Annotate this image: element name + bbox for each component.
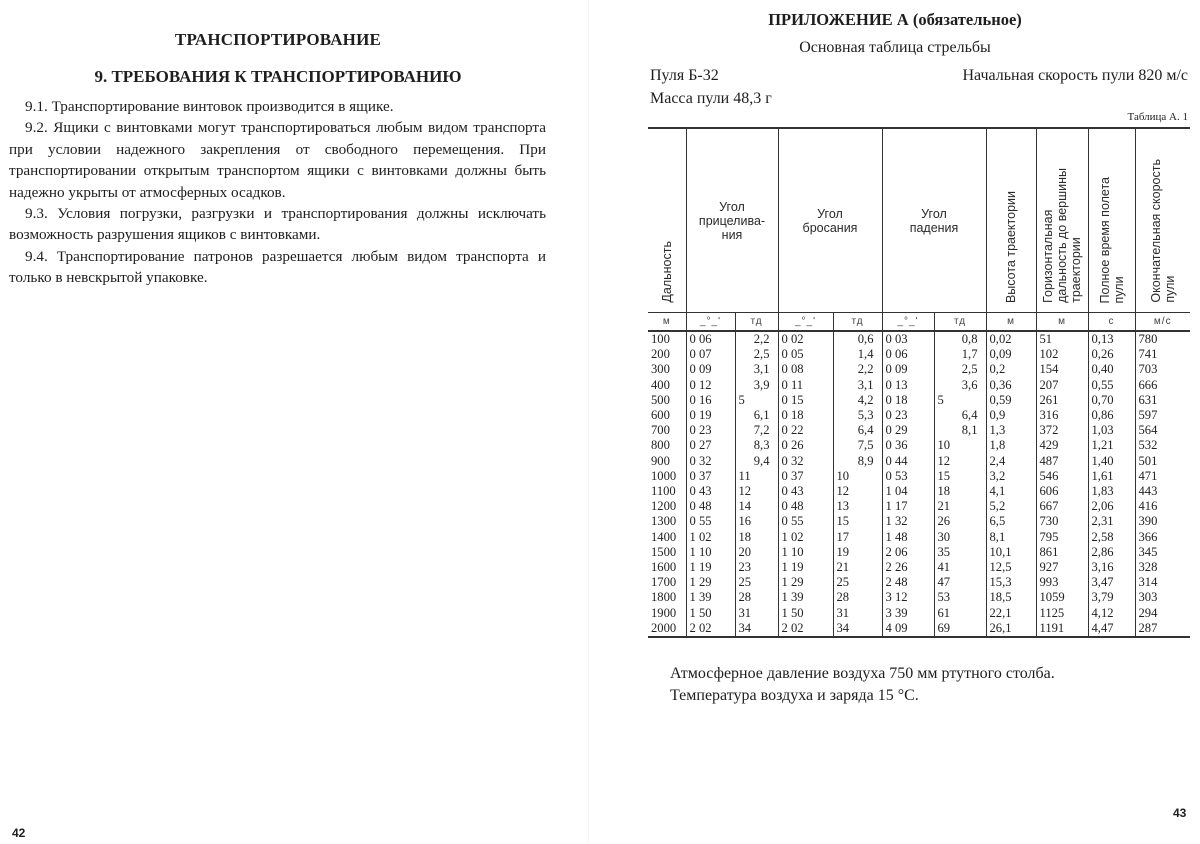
table-cell: 501 bbox=[1135, 454, 1190, 469]
table-cell: 564 bbox=[1135, 423, 1190, 438]
table-cell: 41 bbox=[934, 560, 986, 575]
header-final-speed: Окончательная скорость пули bbox=[1135, 128, 1190, 313]
unit-cell: _°_' bbox=[686, 313, 735, 332]
table-cell: 28 bbox=[735, 590, 778, 605]
table-cell: 11 bbox=[735, 469, 778, 484]
table-cell: 51 bbox=[1036, 331, 1088, 347]
table-cell: 18 bbox=[934, 484, 986, 499]
table-row: 17001 29251 29252 484715,39933,47314 bbox=[648, 575, 1190, 590]
table-cell: 345 bbox=[1135, 545, 1190, 560]
table-cell: 4,47 bbox=[1088, 621, 1135, 637]
table-cell: 1 19 bbox=[686, 560, 735, 575]
table-cell: 400 bbox=[648, 378, 686, 393]
table-cell: 15 bbox=[934, 469, 986, 484]
table-cell: 0,8 bbox=[934, 331, 986, 347]
table-cell: 0 44 bbox=[882, 454, 934, 469]
table-cell: 10,1 bbox=[986, 545, 1036, 560]
table-cell: 0 05 bbox=[778, 347, 833, 362]
table-cell: 0 12 bbox=[686, 378, 735, 393]
table-cell: 154 bbox=[1036, 362, 1088, 377]
table-row: 9000 329,40 328,90 44122,44871,40501 bbox=[648, 454, 1190, 469]
table-cell: 328 bbox=[1135, 560, 1190, 575]
table-row: 14001 02181 02171 48308,17952,58366 bbox=[648, 530, 1190, 545]
table-cell: 31 bbox=[833, 606, 882, 621]
header-aim-angle: Угол прицелива- ния bbox=[686, 128, 778, 313]
table-cell: 0 06 bbox=[686, 331, 735, 347]
table-cell: 26,1 bbox=[986, 621, 1036, 637]
table-cell: 8,9 bbox=[833, 454, 882, 469]
table-cell: 1,7 bbox=[934, 347, 986, 362]
table-cell: 1300 bbox=[648, 514, 686, 529]
table-cell: 0 32 bbox=[686, 454, 735, 469]
table-notes: Атмосферное давление воздуха 750 мм ртут… bbox=[670, 663, 1055, 707]
appendix-title: ПРИЛОЖЕНИЕ А (обязательное) bbox=[590, 10, 1200, 30]
table-cell: 861 bbox=[1036, 545, 1088, 560]
table-cell: 1059 bbox=[1036, 590, 1088, 605]
table-cell: 47 bbox=[934, 575, 986, 590]
table-row: 4000 123,90 113,10 133,60,362070,55666 bbox=[648, 378, 1190, 393]
table-cell: 19 bbox=[833, 545, 882, 560]
table-cell: 2000 bbox=[648, 621, 686, 637]
table-cell: 1,61 bbox=[1088, 469, 1135, 484]
table-cell: 6,5 bbox=[986, 514, 1036, 529]
table-cell: 61 bbox=[934, 606, 986, 621]
table-cell: 1900 bbox=[648, 606, 686, 621]
table-cell: 1 50 bbox=[778, 606, 833, 621]
table-cell: 597 bbox=[1135, 408, 1190, 423]
table-cell: 1,8 bbox=[986, 438, 1036, 453]
table-cell: 730 bbox=[1036, 514, 1088, 529]
table-cell: 390 bbox=[1135, 514, 1190, 529]
table-cell: 0 36 bbox=[882, 438, 934, 453]
paragraph-9-2: 9.2. Ящики с винтовками могут транспорти… bbox=[9, 117, 546, 203]
table-cell: 1400 bbox=[648, 530, 686, 545]
table-cell: 1000 bbox=[648, 469, 686, 484]
table-cell: 0,2 bbox=[986, 362, 1036, 377]
table-cell: 12 bbox=[934, 454, 986, 469]
table-cell: 10 bbox=[934, 438, 986, 453]
table-row: 15001 10201 10192 063510,18612,86345 bbox=[648, 545, 1190, 560]
table-cell: 0 23 bbox=[882, 408, 934, 423]
unit-cell: _°_' bbox=[778, 313, 833, 332]
table-row: 11000 43120 43121 04184,16061,83443 bbox=[648, 484, 1190, 499]
table-cell: 2 26 bbox=[882, 560, 934, 575]
table-cell: 0 16 bbox=[686, 393, 735, 408]
right-page: ПРИЛОЖЕНИЕ А (обязательное) Основная таб… bbox=[590, 0, 1200, 844]
table-cell: 2,06 bbox=[1088, 499, 1135, 514]
table-cell: 2,4 bbox=[986, 454, 1036, 469]
table-cell: 1 02 bbox=[686, 530, 735, 545]
table-cell: 443 bbox=[1135, 484, 1190, 499]
header-throw-angle: Угол бросания bbox=[778, 128, 882, 313]
table-row: 10000 37110 37100 53153,25461,61471 bbox=[648, 469, 1190, 484]
table-cell: 30 bbox=[934, 530, 986, 545]
paragraph-9-1: 9.1. Транспортирование винтовок производ… bbox=[9, 96, 546, 117]
table-cell: 1 04 bbox=[882, 484, 934, 499]
table-cell: 0 48 bbox=[778, 499, 833, 514]
table-cell: 23 bbox=[735, 560, 778, 575]
table-row: 12000 48140 48131 17215,26672,06416 bbox=[648, 499, 1190, 514]
table-row: 19001 50311 50313 396122,111254,12294 bbox=[648, 606, 1190, 621]
table-cell: 4,2 bbox=[833, 393, 882, 408]
section-heading: 9. ТРЕБОВАНИЯ К ТРАНСПОРТИРОВАНИЮ bbox=[0, 67, 556, 87]
table-cell: 0 15 bbox=[778, 393, 833, 408]
table-cell: 0 37 bbox=[778, 469, 833, 484]
table-cell: 3,6 bbox=[934, 378, 986, 393]
unit-cell: тд bbox=[934, 313, 986, 332]
table-cell: 0 02 bbox=[778, 331, 833, 347]
table-cell: 606 bbox=[1036, 484, 1088, 499]
table-cell: 2,5 bbox=[735, 347, 778, 362]
table-cell: 0 08 bbox=[778, 362, 833, 377]
table-cell: 34 bbox=[735, 621, 778, 637]
table-cell: 14 bbox=[735, 499, 778, 514]
table-cell: 703 bbox=[1135, 362, 1190, 377]
table-cell: 4 09 bbox=[882, 621, 934, 637]
table-cell: 1,03 bbox=[1088, 423, 1135, 438]
table-cell: 0 06 bbox=[882, 347, 934, 362]
table-cell: 25 bbox=[833, 575, 882, 590]
table-cell: 261 bbox=[1036, 393, 1088, 408]
header-fall-angle: Угол падения bbox=[882, 128, 986, 313]
table-cell: 0 13 bbox=[882, 378, 934, 393]
table-cell: 3,1 bbox=[735, 362, 778, 377]
table-cell: 314 bbox=[1135, 575, 1190, 590]
table-cell: 500 bbox=[648, 393, 686, 408]
table-cell: 1 02 bbox=[778, 530, 833, 545]
page-number-right: 43 bbox=[1173, 806, 1186, 820]
table-cell: 0 29 bbox=[882, 423, 934, 438]
table-cell: 34 bbox=[833, 621, 882, 637]
table-cell: 0 22 bbox=[778, 423, 833, 438]
table-cell: 741 bbox=[1135, 347, 1190, 362]
table-cell: 2 48 bbox=[882, 575, 934, 590]
table-row: 20002 02342 02344 096926,111914,47287 bbox=[648, 621, 1190, 637]
table-cell: 3,9 bbox=[735, 378, 778, 393]
header-trajectory-height: Высота траектории bbox=[986, 128, 1036, 313]
table-cell: 15,3 bbox=[986, 575, 1036, 590]
table-units-row: м_°_'тд_°_'тд_°_'тдммсм/с bbox=[648, 313, 1190, 332]
table-cell: 631 bbox=[1135, 393, 1190, 408]
table-cell: 3,16 bbox=[1088, 560, 1135, 575]
table-cell: 316 bbox=[1036, 408, 1088, 423]
unit-cell: _°_' bbox=[882, 313, 934, 332]
table-cell: 13 bbox=[833, 499, 882, 514]
table-cell: 600 bbox=[648, 408, 686, 423]
table-cell: 18,5 bbox=[986, 590, 1036, 605]
table-row: 8000 278,30 267,50 36101,84291,21532 bbox=[648, 438, 1190, 453]
table-cell: 15 bbox=[833, 514, 882, 529]
table-cell: 21 bbox=[934, 499, 986, 514]
table-row: 6000 196,10 185,30 236,40,93160,86597 bbox=[648, 408, 1190, 423]
table-cell: 1,40 bbox=[1088, 454, 1135, 469]
chapter-title: ТРАНСПОРТИРОВАНИЕ bbox=[0, 30, 556, 50]
firing-table: Дальность Угол прицелива- ния Угол броса… bbox=[648, 127, 1190, 638]
table-cell: 2 06 bbox=[882, 545, 934, 560]
table-cell: 1500 bbox=[648, 545, 686, 560]
table-cell: 666 bbox=[1135, 378, 1190, 393]
table-cell: 200 bbox=[648, 347, 686, 362]
header-range: Дальность bbox=[648, 128, 686, 313]
table-cell: 5,3 bbox=[833, 408, 882, 423]
table-cell: 294 bbox=[1135, 606, 1190, 621]
table-cell: 780 bbox=[1135, 331, 1190, 347]
table-cell: 4,12 bbox=[1088, 606, 1135, 621]
table-cell: 0 32 bbox=[778, 454, 833, 469]
table-cell: 1 29 bbox=[778, 575, 833, 590]
table-cell: 0 53 bbox=[882, 469, 934, 484]
table-cell: 927 bbox=[1036, 560, 1088, 575]
table-cell: 6,1 bbox=[735, 408, 778, 423]
table-cell: 4,1 bbox=[986, 484, 1036, 499]
paragraph-9-4: 9.4. Транспортирование патронов разрешае… bbox=[9, 246, 546, 289]
table-cell: 100 bbox=[648, 331, 686, 347]
table-cell: 1 10 bbox=[778, 545, 833, 560]
unit-cell: м bbox=[1036, 313, 1088, 332]
table-cell: 0 09 bbox=[882, 362, 934, 377]
table-cell: 900 bbox=[648, 454, 686, 469]
table-cell: 0 19 bbox=[686, 408, 735, 423]
left-page: ТРАНСПОРТИРОВАНИЕ 9. ТРЕБОВАНИЯ К ТРАНСП… bbox=[0, 0, 590, 844]
table-cell: 9,4 bbox=[735, 454, 778, 469]
table-cell: 546 bbox=[1036, 469, 1088, 484]
note-temperature: Температура воздуха и заряда 15 °С. bbox=[670, 685, 1055, 707]
table-cell: 5 bbox=[735, 393, 778, 408]
table-cell: 8,1 bbox=[934, 423, 986, 438]
header-flight-time: Полное время полета пули bbox=[1088, 128, 1135, 313]
table-cell: 0,55 bbox=[1088, 378, 1135, 393]
table-cell: 3 39 bbox=[882, 606, 934, 621]
table-cell: 53 bbox=[934, 590, 986, 605]
table-cell: 1125 bbox=[1036, 606, 1088, 621]
table-header-row: Дальность Угол прицелива- ния Угол броса… bbox=[648, 128, 1190, 313]
unit-cell: м bbox=[986, 313, 1036, 332]
table-subtitle: Основная таблица стрельбы bbox=[590, 39, 1200, 57]
table-cell: 429 bbox=[1036, 438, 1088, 453]
table-cell: 1,21 bbox=[1088, 438, 1135, 453]
table-cell: 0 26 bbox=[778, 438, 833, 453]
table-cell: 102 bbox=[1036, 347, 1088, 362]
table-row: 1000 062,20 020,60 030,80,02510,13780 bbox=[648, 331, 1190, 347]
table-cell: 25 bbox=[735, 575, 778, 590]
table-cell: 0 07 bbox=[686, 347, 735, 362]
table-label: Таблица А. 1 bbox=[1128, 111, 1189, 123]
table-cell: 1191 bbox=[1036, 621, 1088, 637]
table-cell: 28 bbox=[833, 590, 882, 605]
table-cell: 35 bbox=[934, 545, 986, 560]
table-cell: 0 43 bbox=[686, 484, 735, 499]
table-cell: 10 bbox=[833, 469, 882, 484]
table-cell: 2,5 bbox=[934, 362, 986, 377]
table-cell: 0 55 bbox=[778, 514, 833, 529]
unit-cell: тд bbox=[735, 313, 778, 332]
table-cell: 700 bbox=[648, 423, 686, 438]
table-cell: 0 48 bbox=[686, 499, 735, 514]
table-cell: 22,1 bbox=[986, 606, 1036, 621]
table-cell: 0,36 bbox=[986, 378, 1036, 393]
table-cell: 0,86 bbox=[1088, 408, 1135, 423]
table-cell: 3,1 bbox=[833, 378, 882, 393]
table-cell: 1 10 bbox=[686, 545, 735, 560]
table-cell: 0,09 bbox=[986, 347, 1036, 362]
table-cell: 0 18 bbox=[778, 408, 833, 423]
table-cell: 1100 bbox=[648, 484, 686, 499]
table-cell: 471 bbox=[1135, 469, 1190, 484]
table-cell: 2,86 bbox=[1088, 545, 1135, 560]
table-cell: 1 39 bbox=[686, 590, 735, 605]
table-cell: 0 18 bbox=[882, 393, 934, 408]
table-cell: 1800 bbox=[648, 590, 686, 605]
table-cell: 0,6 bbox=[833, 331, 882, 347]
table-row: 16001 19231 19212 264112,59273,16328 bbox=[648, 560, 1190, 575]
table-body: 1000 062,20 020,60 030,80,02510,13780200… bbox=[648, 331, 1190, 637]
table-cell: 17 bbox=[833, 530, 882, 545]
table-row: 3000 093,10 082,20 092,50,21540,40703 bbox=[648, 362, 1190, 377]
table-row: 7000 237,20 226,40 298,11,33721,03564 bbox=[648, 423, 1190, 438]
page-number-left: 42 bbox=[12, 826, 25, 840]
table-cell: 3,79 bbox=[1088, 590, 1135, 605]
table-cell: 0,26 bbox=[1088, 347, 1135, 362]
table-cell: 1700 bbox=[648, 575, 686, 590]
table-cell: 5,2 bbox=[986, 499, 1036, 514]
table-cell: 1 29 bbox=[686, 575, 735, 590]
table-cell: 0 55 bbox=[686, 514, 735, 529]
table-cell: 8,1 bbox=[986, 530, 1036, 545]
unit-cell: м bbox=[648, 313, 686, 332]
table-cell: 1200 bbox=[648, 499, 686, 514]
table-cell: 3,2 bbox=[986, 469, 1036, 484]
table-cell: 6,4 bbox=[833, 423, 882, 438]
table-cell: 21 bbox=[833, 560, 882, 575]
table-cell: 0 03 bbox=[882, 331, 934, 347]
table-cell: 487 bbox=[1036, 454, 1088, 469]
table-cell: 1 50 bbox=[686, 606, 735, 621]
table-cell: 2,2 bbox=[833, 362, 882, 377]
table-cell: 416 bbox=[1135, 499, 1190, 514]
table-row: 5000 1650 154,20 1850,592610,70631 bbox=[648, 393, 1190, 408]
table-cell: 5 bbox=[934, 393, 986, 408]
table-cell: 3 12 bbox=[882, 590, 934, 605]
table-cell: 18 bbox=[735, 530, 778, 545]
table-cell: 1 32 bbox=[882, 514, 934, 529]
table-cell: 0 37 bbox=[686, 469, 735, 484]
table-cell: 7,2 bbox=[735, 423, 778, 438]
bullet-mass: Масса пули 48,3 г bbox=[650, 90, 772, 108]
table-row: 18001 39281 39283 125318,510593,79303 bbox=[648, 590, 1190, 605]
table-cell: 0 43 bbox=[778, 484, 833, 499]
header-horizontal-distance: Горизонтальная дальность до вершины трае… bbox=[1036, 128, 1088, 313]
table-row: 2000 072,50 051,40 061,70,091020,26741 bbox=[648, 347, 1190, 362]
table-cell: 1600 bbox=[648, 560, 686, 575]
table-cell: 0 11 bbox=[778, 378, 833, 393]
table-cell: 0,70 bbox=[1088, 393, 1135, 408]
table-cell: 795 bbox=[1036, 530, 1088, 545]
table-cell: 667 bbox=[1036, 499, 1088, 514]
table-cell: 2,2 bbox=[735, 331, 778, 347]
table-cell: 800 bbox=[648, 438, 686, 453]
unit-cell: с bbox=[1088, 313, 1135, 332]
table-cell: 16 bbox=[735, 514, 778, 529]
table-cell: 993 bbox=[1036, 575, 1088, 590]
table-row: 13000 55160 55151 32266,57302,31390 bbox=[648, 514, 1190, 529]
table-cell: 1 39 bbox=[778, 590, 833, 605]
table-cell: 12 bbox=[833, 484, 882, 499]
table-cell: 20 bbox=[735, 545, 778, 560]
table-cell: 26 bbox=[934, 514, 986, 529]
table-cell: 2,58 bbox=[1088, 530, 1135, 545]
section-body: 9.1. Транспортирование винтовок производ… bbox=[9, 96, 546, 289]
unit-cell: тд bbox=[833, 313, 882, 332]
table-cell: 12 bbox=[735, 484, 778, 499]
table-cell: 1,3 bbox=[986, 423, 1036, 438]
table-cell: 2 02 bbox=[686, 621, 735, 637]
table-cell: 0 09 bbox=[686, 362, 735, 377]
table-cell: 7,5 bbox=[833, 438, 882, 453]
table-cell: 0,13 bbox=[1088, 331, 1135, 347]
table-cell: 1,83 bbox=[1088, 484, 1135, 499]
table-cell: 0,59 bbox=[986, 393, 1036, 408]
table-cell: 1 48 bbox=[882, 530, 934, 545]
table-cell: 0,40 bbox=[1088, 362, 1135, 377]
table-cell: 366 bbox=[1135, 530, 1190, 545]
table-cell: 207 bbox=[1036, 378, 1088, 393]
table-cell: 1 19 bbox=[778, 560, 833, 575]
table-cell: 303 bbox=[1135, 590, 1190, 605]
table-cell: 6,4 bbox=[934, 408, 986, 423]
bullet-type: Пуля Б-32 bbox=[650, 67, 719, 85]
table-cell: 1,4 bbox=[833, 347, 882, 362]
table-cell: 0 27 bbox=[686, 438, 735, 453]
table-cell: 0,02 bbox=[986, 331, 1036, 347]
table-cell: 287 bbox=[1135, 621, 1190, 637]
paragraph-9-3: 9.3. Условия погрузки, разгрузки и транс… bbox=[9, 203, 546, 246]
table-cell: 31 bbox=[735, 606, 778, 621]
table-cell: 0,9 bbox=[986, 408, 1036, 423]
table-cell: 300 bbox=[648, 362, 686, 377]
table-cell: 2 02 bbox=[778, 621, 833, 637]
note-pressure: Атмосферное давление воздуха 750 мм ртут… bbox=[670, 663, 1055, 685]
table-cell: 12,5 bbox=[986, 560, 1036, 575]
book-gutter bbox=[588, 0, 589, 844]
table-cell: 2,31 bbox=[1088, 514, 1135, 529]
table-cell: 3,47 bbox=[1088, 575, 1135, 590]
table-cell: 1 17 bbox=[882, 499, 934, 514]
table-cell: 8,3 bbox=[735, 438, 778, 453]
unit-cell: м/с bbox=[1135, 313, 1190, 332]
initial-speed: Начальная скорость пули 820 м/с bbox=[962, 67, 1188, 85]
table-cell: 69 bbox=[934, 621, 986, 637]
table-cell: 532 bbox=[1135, 438, 1190, 453]
table-cell: 372 bbox=[1036, 423, 1088, 438]
table-cell: 0 23 bbox=[686, 423, 735, 438]
